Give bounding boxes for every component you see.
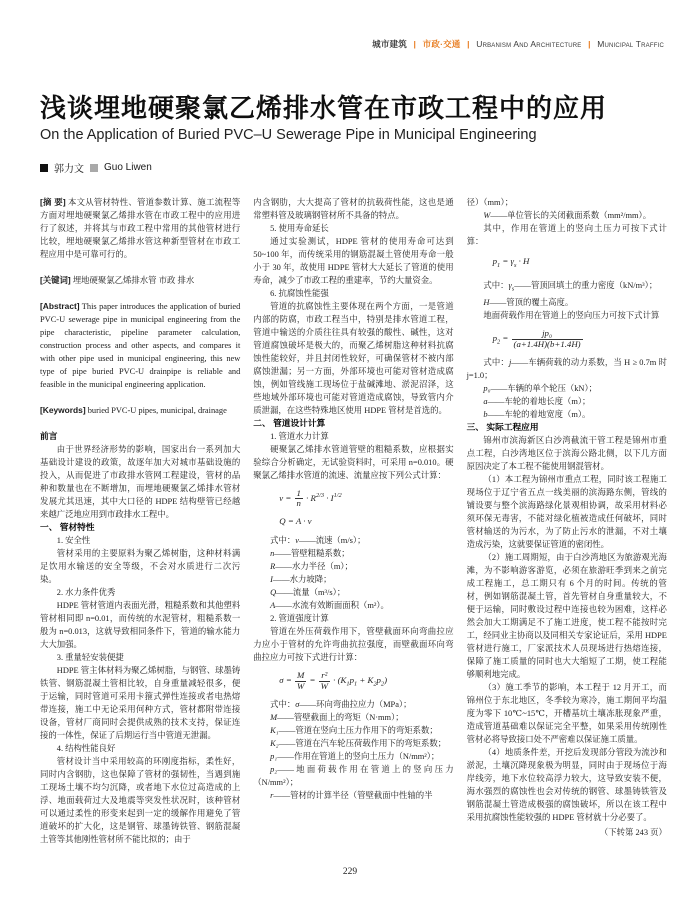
definition-line: I——水力坡降； bbox=[253, 573, 453, 586]
definition-line: A——水流有效断面面积（m²）。 bbox=[253, 599, 453, 612]
paragraph: （1）本工程为锦州市重点工程，同时该工程施工现场位于辽宁省五点一线美丽的滨海路东… bbox=[467, 473, 667, 551]
section-heading: 一、 管材特性 bbox=[40, 521, 240, 534]
paragraph: 管材采用的主要原料为聚乙烯树脂，这种材料满足饮用水输送的安全等级，不会对水质进行… bbox=[40, 547, 240, 586]
definition-line: p₀——车辆的单个轮压（kN）； bbox=[467, 382, 667, 395]
definition-line: H——管顶的覆土高度。 bbox=[467, 296, 667, 309]
formula: Q = A · v bbox=[253, 515, 453, 527]
definition-line: 式中：γs——管顶回填土的重力密度（kN/m³）； bbox=[467, 279, 667, 297]
subsection-heading: 6. 抗腐蚀性能强 bbox=[253, 287, 453, 300]
definition-line: K₂——管道在汽车轮压荷载作用下的弯矩系数； bbox=[253, 737, 453, 750]
paragraph: 锦州市滨海新区白沙湾截流干管工程是锦州市重点工程，白沙湾地区位于滨海公路北侧，以… bbox=[467, 434, 667, 473]
author-marker-icon bbox=[40, 164, 48, 172]
continuation-note: （下转第 243 页） bbox=[467, 826, 667, 839]
labeled-paragraph: [Abstract] This paper introduces the app… bbox=[40, 300, 240, 391]
paragraph: HDPE 管主体材料为聚乙烯树脂，与钢管、球墨铸铁管、钢筋混凝土管相比较，自身重… bbox=[40, 664, 240, 742]
subsection-heading: 1. 管道水力计算 bbox=[253, 430, 453, 443]
journal-section-en: Municipal Traffic bbox=[597, 39, 664, 49]
labeled-paragraph: [Keywords] buried PVC-U pipes, municipal… bbox=[40, 404, 240, 417]
paragraph-continued: 径）（mm）； bbox=[467, 196, 667, 209]
definition-line: a——车轮的着地长度（m）； bbox=[467, 395, 667, 408]
paragraph: 管材设计当中采用较高的环刚度指标，柔性好，同时内含钢肋，这也保障了管材的强韧性，… bbox=[40, 755, 240, 846]
subsection-heading: 1. 安全性 bbox=[40, 534, 240, 547]
paragraph: （4）地质条件差，开挖后发现部分管段为流沙和淤泥，土壤沉降现象极为明显，同时由于… bbox=[467, 746, 667, 824]
formula: σ = MW = r²W · (K1p1 + K2p2) bbox=[253, 671, 453, 691]
definition-line: r——管材的计算半径（管壁截面中性轴的半 bbox=[253, 789, 453, 802]
column-left: [摘 要] 本文从管材特性、管道参数计算、施工流程等方面对埋地硬聚氯乙烯排水管在… bbox=[40, 196, 240, 858]
paragraph: HDPE 管材管道内表面光滑，粗糙系数和其他塑料管材相同即 n=0.01，而传统… bbox=[40, 599, 240, 651]
definition-line: Q——流量（m³/s）； bbox=[253, 586, 453, 599]
section-heading: 前言 bbox=[40, 430, 240, 443]
subsection-heading: 2. 管道强度计算 bbox=[253, 612, 453, 625]
definition-line: R——水力半径（m）； bbox=[253, 560, 453, 573]
definition-line: 式中：v——流速（m/s）； bbox=[253, 534, 453, 547]
paragraph: 通过实验测试，HDPE 管材的使用寿命可达到 50~100 年，而传统采用的钢筋… bbox=[253, 235, 453, 287]
labeled-paragraph: [关键词] 埋地硬聚氯乙烯排水管 市政 排水 bbox=[40, 274, 240, 287]
header-separator: | bbox=[414, 39, 417, 49]
definition-line: p₁——作用在管道上的竖向土压力（N/mm²）； bbox=[253, 750, 453, 763]
definition-line: M——管壁截面上的弯矩（N·mm）； bbox=[253, 711, 453, 724]
article-title: 浅谈埋地硬聚氯乙烯排水管在市政工程中的应用 bbox=[40, 88, 660, 125]
subsection-heading: 3. 重量轻安装便捷 bbox=[40, 651, 240, 664]
formula: p2 = jp₀(a+1.4H)(b+1.4H) bbox=[467, 329, 667, 349]
paragraph: 地面荷载作用在管道上的竖向压力可按下式计算 bbox=[467, 309, 667, 322]
journal-header: 城市建筑 | 市政·交通 | Urbanism And Architecture… bbox=[372, 38, 664, 50]
definition-line: 式中：j——车辆荷载的动力系数，当 H ≥ 0.7m 时 j=1.0； bbox=[467, 356, 667, 382]
paragraph: 管道的抗腐蚀性主要体现在两个方面，一是管道内部的防腐，市政工程当中，特别是排水管… bbox=[253, 300, 453, 417]
page-number: 229 bbox=[0, 867, 700, 877]
paragraph-continued: 内含钢肋，大大提高了管材的抗载荷性能，这也是通常塑料管及玻璃钢管材所不具备的特点… bbox=[253, 196, 453, 222]
subsection-heading: 2. 水力条件优秀 bbox=[40, 586, 240, 599]
definition-line: 式中：σ——环向弯曲拉应力（MPa）； bbox=[253, 698, 453, 711]
paragraph: （2）施工周期短，由于白沙湾地区为旅游观光海滩，为不影响游客游览，必须在旅游旺季… bbox=[467, 551, 667, 681]
author-line: 郭力文 Guo Liwen bbox=[40, 160, 152, 175]
paragraph: 其中，作用在管道上的竖向土压力可按下式计算： bbox=[467, 222, 667, 248]
formula: p1 = γs · H bbox=[467, 255, 667, 272]
paragraph: 管道在外压荷载作用下，管壁截面环向弯曲拉应力应小于管材的允许弯曲抗拉强度，而壁截… bbox=[253, 625, 453, 664]
formula: v = 1n · R2/3 · I1/2 bbox=[253, 489, 453, 508]
definition-line: K₁——管道在竖向土压力作用下的弯矩系数； bbox=[253, 724, 453, 737]
header-separator: | bbox=[467, 39, 470, 49]
paragraph: 由于世界经济形势的影响，国家出台一系列加大基础设计建设的政策，故逐年加大对城市基… bbox=[40, 443, 240, 521]
subsection-heading: 4. 结构性能良好 bbox=[40, 742, 240, 755]
subsection-heading: 5. 使用寿命延长 bbox=[253, 222, 453, 235]
article-body: [摘 要] 本文从管材特性、管道参数计算、施工流程等方面对埋地硬聚氯乙烯排水管在… bbox=[40, 196, 667, 858]
header-separator: | bbox=[588, 39, 591, 49]
definition-line: b——车轮的着地宽度（m）。 bbox=[467, 408, 667, 421]
journal-section-cn: 市政·交通 bbox=[423, 39, 461, 49]
section-heading: 三、 实际工程应用 bbox=[467, 421, 667, 434]
column-middle: 内含钢肋，大大提高了管材的抗载荷性能，这也是通常塑料管及玻璃钢管材所不具备的特点… bbox=[253, 196, 453, 858]
definition-line: W——单位管长的关闭截面系数（mm²/mm）。 bbox=[467, 209, 667, 222]
column-right: 径）（mm）；W——单位管长的关闭截面系数（mm²/mm）。其中，作用在管道上的… bbox=[467, 196, 667, 858]
journal-name-cn: 城市建筑 bbox=[372, 39, 407, 49]
author-name-cn: 郭力文 bbox=[54, 160, 84, 175]
definition-line: p₂——地面荷载作用在管道上的竖向压力（N/mm²）； bbox=[253, 763, 453, 789]
article-title-en: On the Application of Buried PVC–U Sewer… bbox=[40, 127, 660, 143]
article-page: 城市建筑 | 市政·交通 | Urbanism And Architecture… bbox=[0, 0, 700, 913]
section-heading: 二、 管道设计计算 bbox=[253, 417, 453, 430]
author-name-en: Guo Liwen bbox=[104, 162, 152, 173]
paragraph: （3）施工季节的影响，本工程于 12 月开工，而锦州位于东北地区，冬季较为寒冷，… bbox=[467, 681, 667, 746]
author-marker-icon bbox=[90, 164, 98, 172]
journal-name-en: Urbanism And Architecture bbox=[476, 39, 581, 49]
labeled-paragraph: [摘 要] 本文从管材特性、管道参数计算、施工流程等方面对埋地硬聚氯乙烯排水管在… bbox=[40, 196, 240, 261]
paragraph: 硬聚氯乙烯排水管道管壁的粗糙系数，应根据实验综合分析确定，无试验资料时，可采用 … bbox=[253, 443, 453, 482]
definition-line: n——管壁粗糙系数； bbox=[253, 547, 453, 560]
